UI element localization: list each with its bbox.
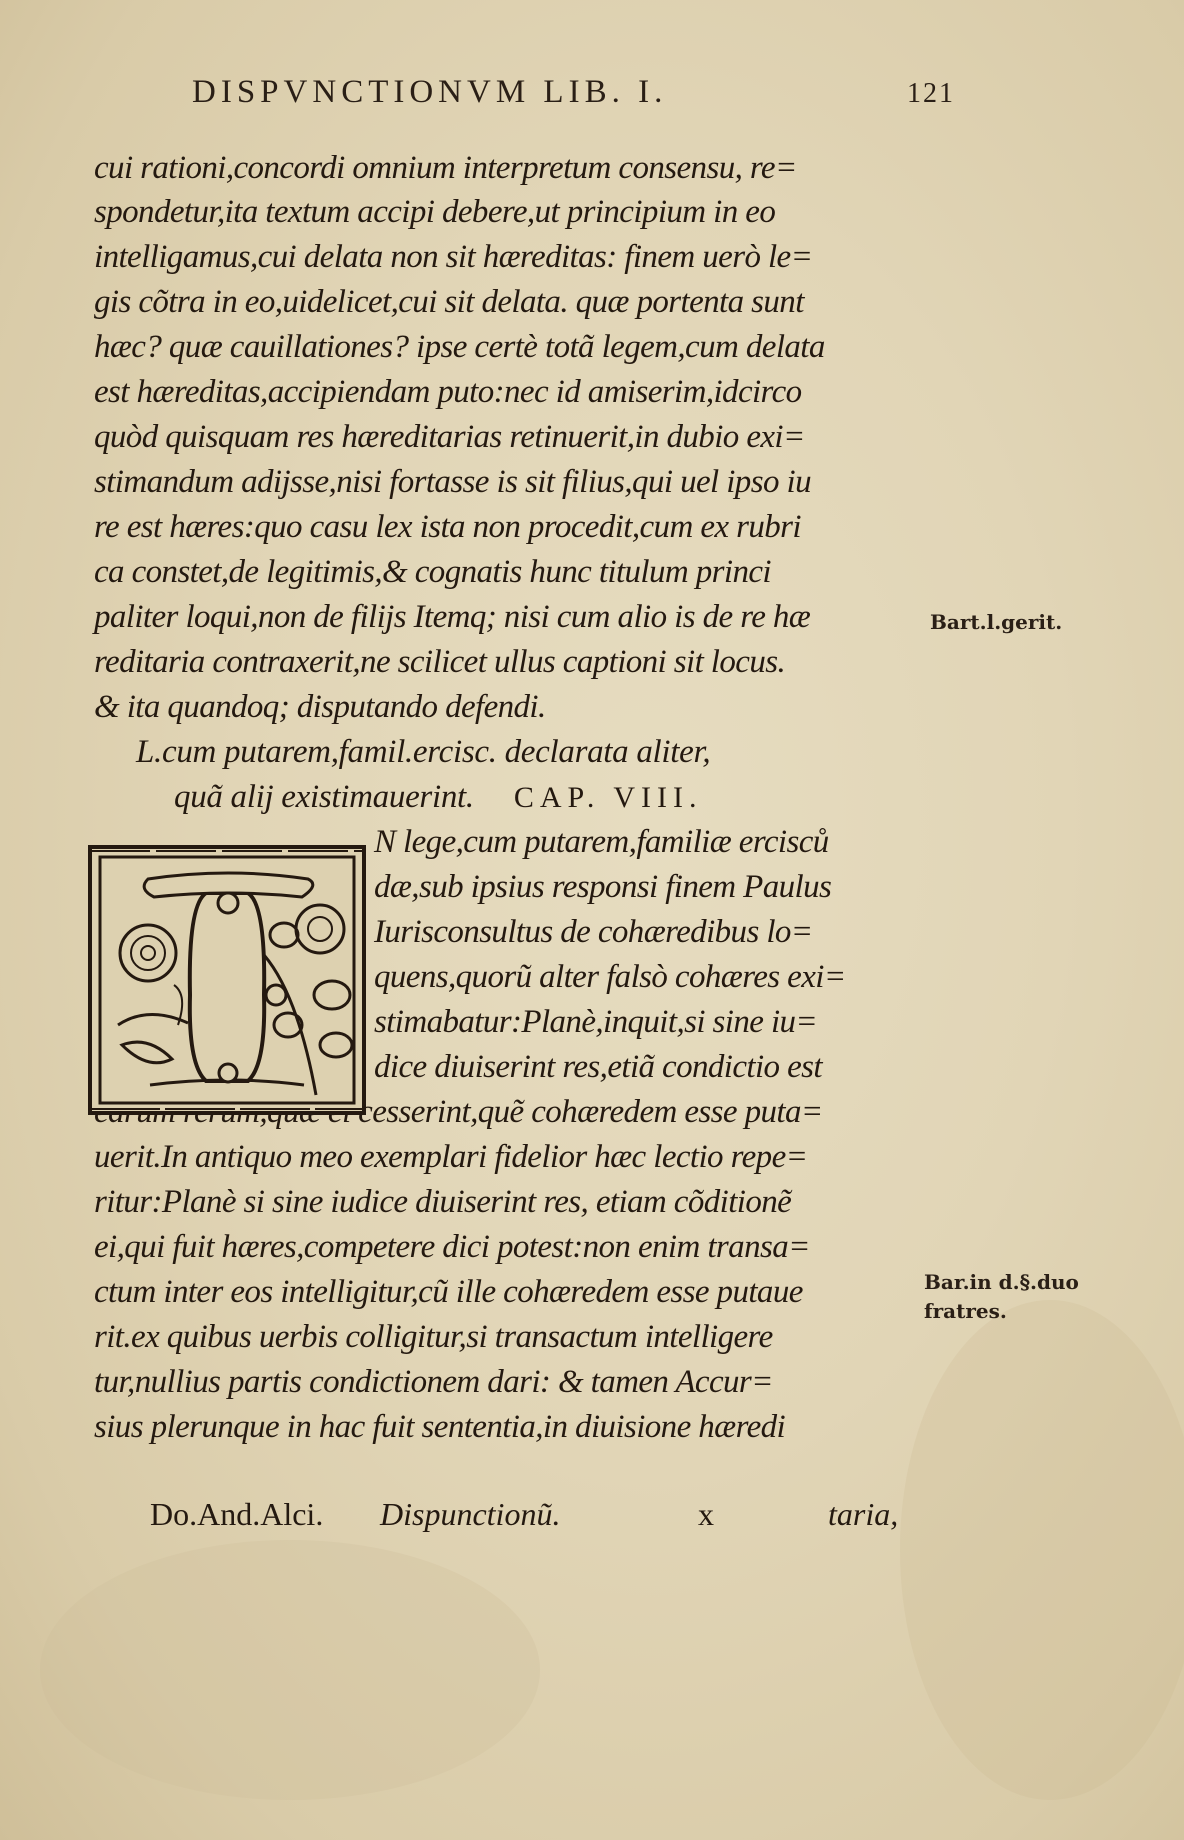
paper-stain <box>40 1540 540 1800</box>
folio-number: 121 <box>907 78 955 110</box>
catchword: taria, <box>828 1496 898 1533</box>
marginal-note-line: fratres. <box>924 1297 1079 1326</box>
text-line: quòd quisquam res hæreditarias retinueri… <box>94 417 805 457</box>
text-line: est hæreditas,accipiendam puto:nec id am… <box>94 372 802 412</box>
text-line: sius plerunque in hac fuit sententia,in … <box>94 1407 785 1447</box>
text-line: re est hæres:quo casu lex ista non proce… <box>94 507 801 547</box>
text-line: stimabatur:Planè,inquit,si sine iu= <box>374 1002 817 1042</box>
text-line: dice diuiserint res,etiã condictio est <box>374 1047 822 1087</box>
text-line: reditaria contraxerit,ne scilicet ullus … <box>94 642 785 682</box>
text-line: quens,quorũ alter falsò cohæres exi= <box>374 957 845 997</box>
chapter-heading-line-1: L.cum putarem,famil.ercisc. declarata al… <box>136 732 710 772</box>
text-line: cui rationi,concordi omnium interpretum … <box>94 148 797 188</box>
text-line: spondetur,ita textum accipi debere,ut pr… <box>94 192 775 232</box>
marginal-note-2: Bar.in d.§.duo fratres. <box>924 1268 1079 1326</box>
text-line: Iurisconsultus de cohæredibus lo= <box>374 912 812 952</box>
text-line: gis cõtra in eo,uidelicet,cui sit delata… <box>94 282 804 322</box>
signature-work: Dispunctionũ. <box>380 1496 560 1533</box>
text-line: ca constet,de legitimis,& cognatis hunc … <box>94 552 771 592</box>
chapter-heading-text: quã alij existimauerint. <box>174 779 474 815</box>
decorated-initial-i <box>88 845 366 1115</box>
book-page: DISPVNCTIONVM LIB. I. 121 cui rationi,co… <box>0 0 1184 1840</box>
text-line: intelligamus,cui delata non sit hæredita… <box>94 237 812 277</box>
running-head: DISPVNCTIONVM LIB. I. 121 <box>192 74 992 118</box>
text-line: paliter loqui,non de filijs Itemq; nisi … <box>94 597 810 637</box>
text-line: ctum inter eos intelligitur,cũ ille cohæ… <box>94 1272 803 1312</box>
text-line: stimandum adijsse,nisi fortasse is sit f… <box>94 462 811 502</box>
floral-initial-icon <box>88 845 366 1115</box>
text-line: ritur:Planè si sine iudice diuiserint re… <box>94 1182 791 1222</box>
signature-mark: x <box>698 1496 714 1533</box>
paper-stain <box>900 1300 1184 1800</box>
running-head-title: DISPVNCTIONVM LIB. I. <box>192 74 667 111</box>
marginal-note-line: Bart.l.gerit. <box>930 608 1062 637</box>
chapter-number: CAP. VIII. <box>514 781 703 814</box>
page-footer: Do.And.Alci. Dispunctionũ. x taria, <box>150 1496 930 1536</box>
chapter-heading-line-2: quã alij existimauerint.CAP. VIII. <box>174 777 703 817</box>
marginal-note-1: Bart.l.gerit. <box>930 608 1062 637</box>
text-line: N lege,cum putarem,familiæ ercisců <box>374 822 829 862</box>
text-line: uerit.In antiquo meo exemplari fidelior … <box>94 1137 807 1177</box>
text-line: dæ,sub ipsius responsi finem Paulus <box>374 867 831 907</box>
text-line: & ita quandoq; disputando defendi. <box>94 687 546 727</box>
text-line: tur,nullius partis condictionem dari: & … <box>94 1362 773 1402</box>
signature-author: Do.And.Alci. <box>150 1496 323 1533</box>
text-line: hæc? quæ cauillationes? ipse certè totã … <box>94 327 825 367</box>
marginal-note-line: Bar.in d.§.duo <box>924 1268 1079 1297</box>
text-line: ei,qui fuit hæres,competere dici potest:… <box>94 1227 810 1267</box>
text-line: rit.ex quibus uerbis colligitur,si trans… <box>94 1317 773 1357</box>
